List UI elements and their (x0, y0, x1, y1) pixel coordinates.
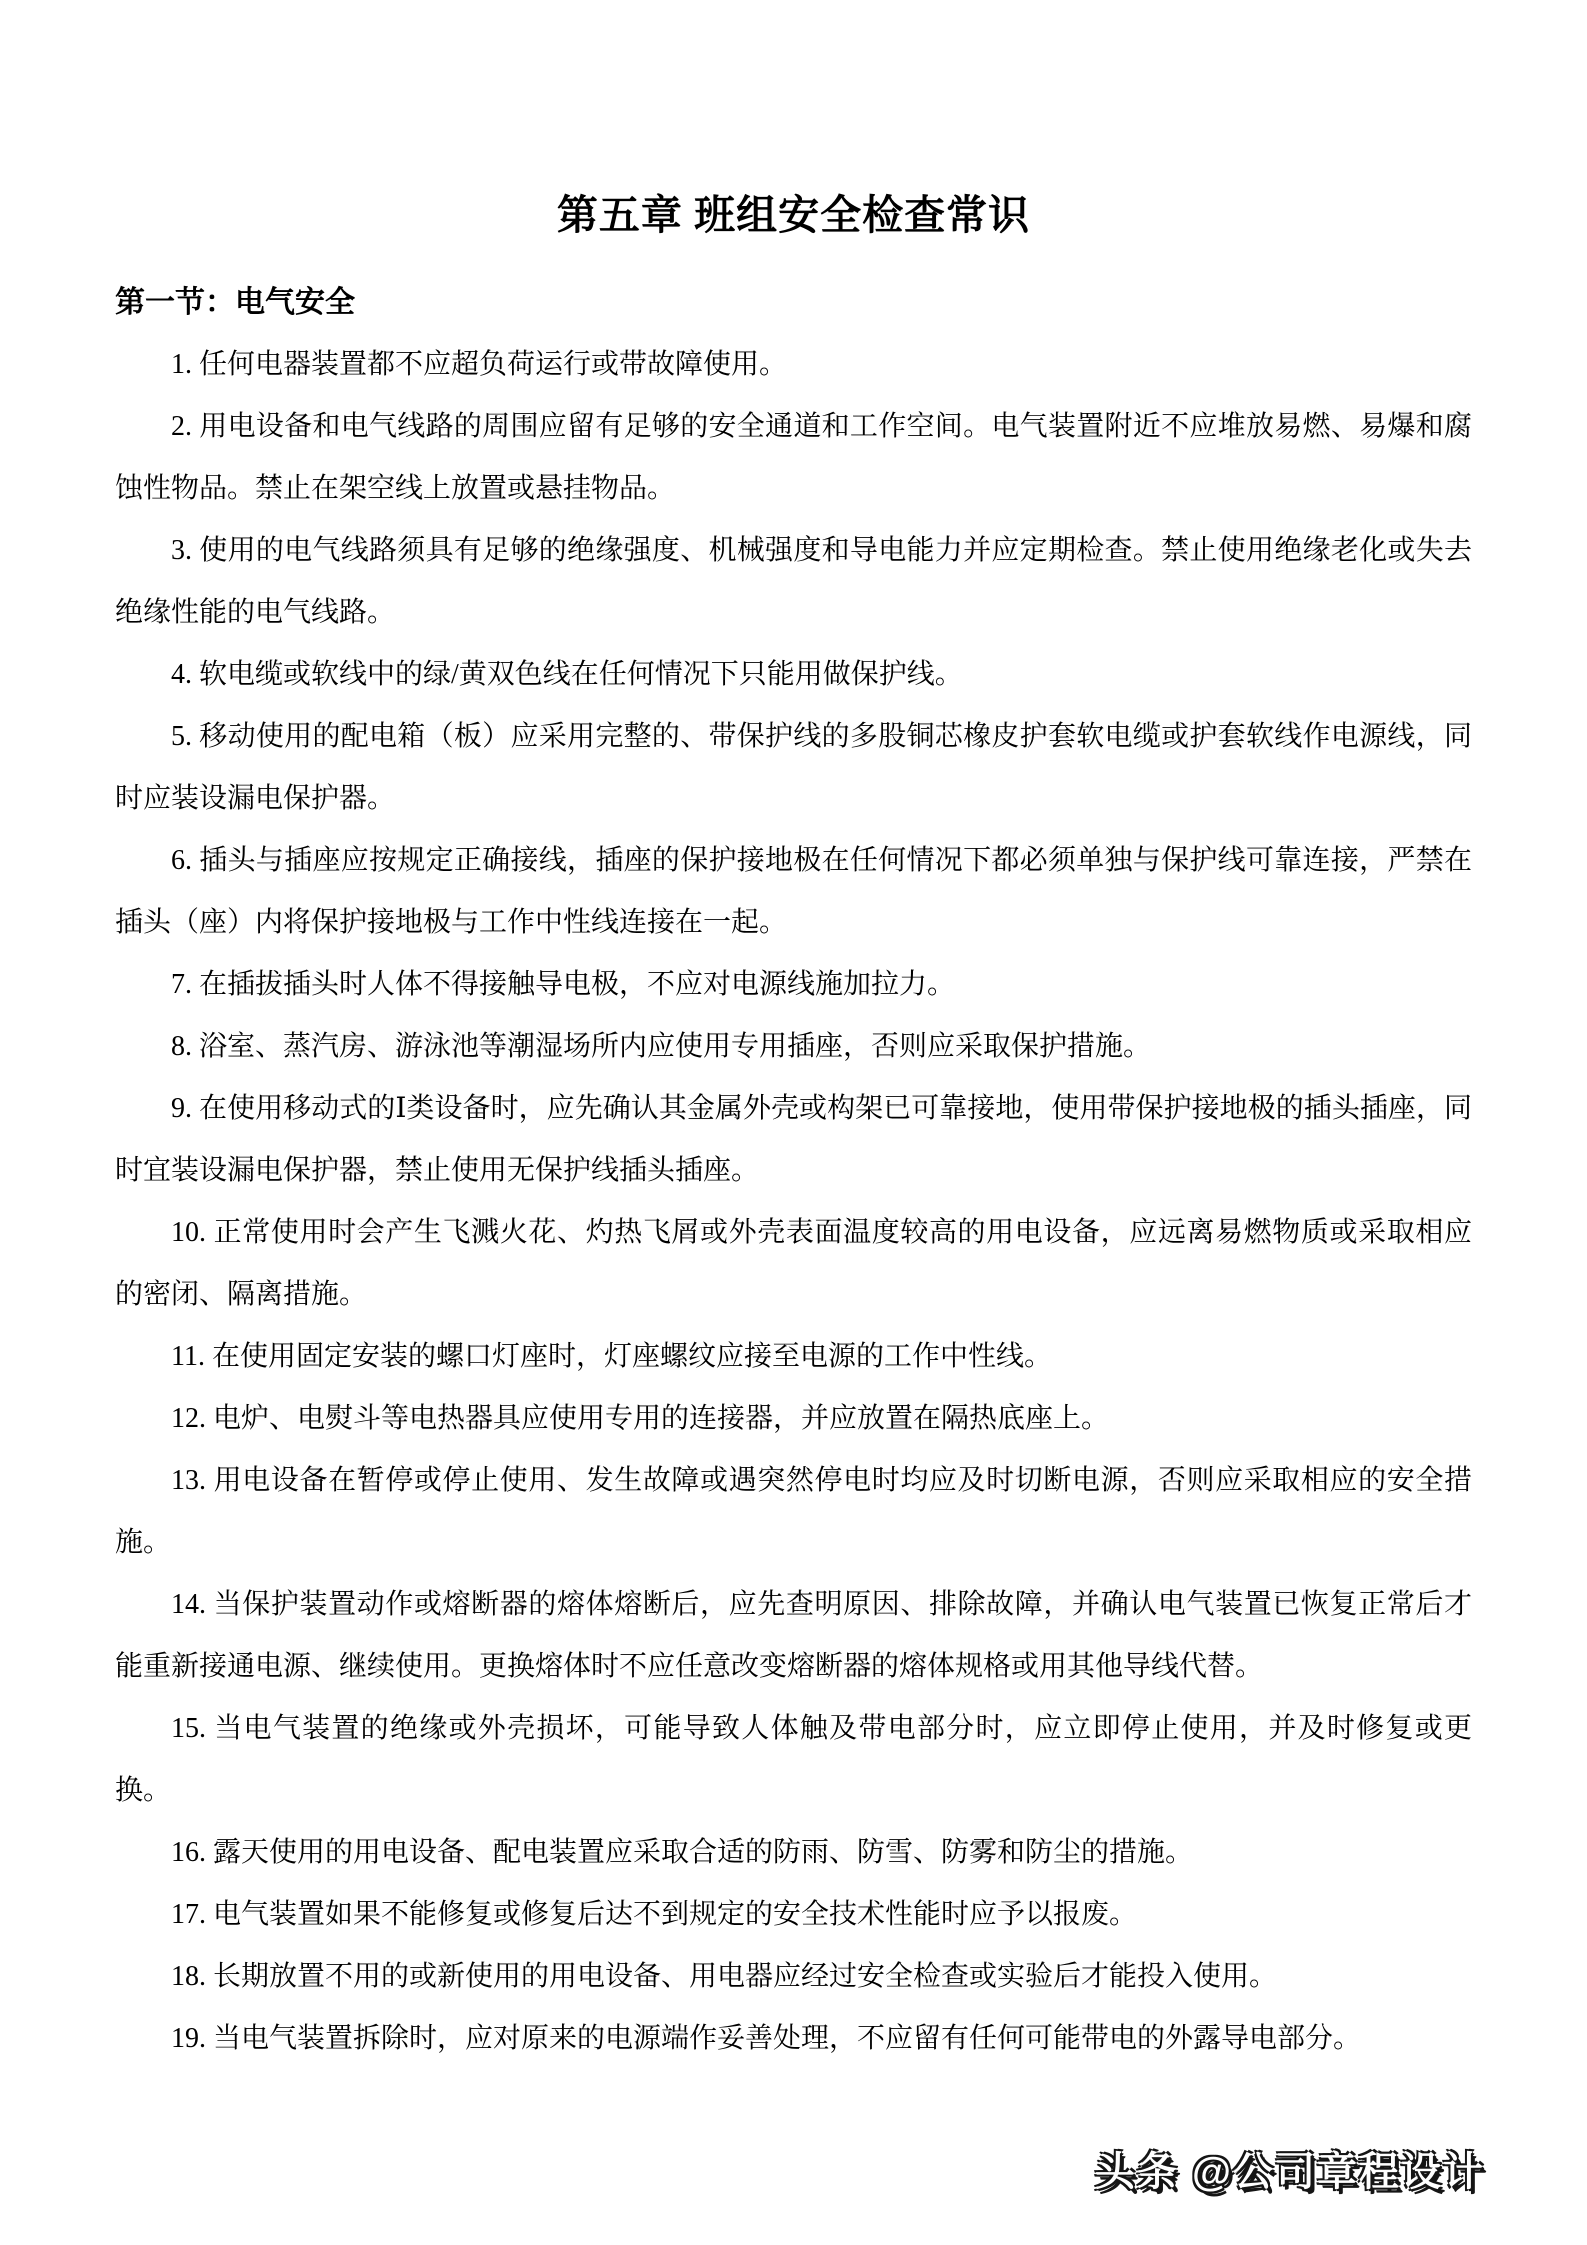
safety-item-4: 4. 软电缆或软线中的绿/黄双色线在任何情况下只能用做保护线。 (115, 644, 1472, 706)
safety-item-5: 5. 移动使用的配电箱（板）应采用完整的、带保护线的多股铜芯橡皮护套软电缆或护套… (115, 706, 1472, 830)
safety-item-6: 6. 插头与插座应按规定正确接线，插座的保护接地极在任何情况下都必须单独与保护线… (115, 830, 1472, 954)
safety-item-3: 3. 使用的电气线路须具有足够的绝缘强度、机械强度和导电能力并应定期检查。禁止使… (115, 520, 1472, 644)
safety-item-12: 12. 电炉、电熨斗等电热器具应使用专用的连接器，并应放置在隔热底座上。 (115, 1388, 1472, 1450)
safety-item-15: 15. 当电气装置的绝缘或外壳损坏，可能导致人体触及带电部分时，应立即停止使用，… (115, 1698, 1472, 1822)
safety-item-13: 13. 用电设备在暂停或停止使用、发生故障或遇突然停电时均应及时切断电源，否则应… (115, 1450, 1472, 1574)
safety-items-list: 1. 任何电器装置都不应超负荷运行或带故障使用。 2. 用电设备和电气线路的周围… (115, 334, 1472, 2070)
safety-item-2: 2. 用电设备和电气线路的周围应留有足够的安全通道和工作空间。电气装置附近不应堆… (115, 396, 1472, 520)
safety-item-10: 10. 正常使用时会产生飞溅火花、灼热飞屑或外壳表面温度较高的用电设备，应远离易… (115, 1202, 1472, 1326)
safety-item-11: 11. 在使用固定安装的螺口灯座时，灯座螺纹应接至电源的工作中性线。 (115, 1326, 1472, 1388)
safety-item-1: 1. 任何电器装置都不应超负荷运行或带故障使用。 (115, 334, 1472, 396)
safety-item-16: 16. 露天使用的用电设备、配电装置应采取合适的防雨、防雪、防雾和防尘的措施。 (115, 1822, 1472, 1884)
safety-item-19: 19. 当电气装置拆除时，应对原来的电源端作妥善处理，不应留有任何可能带电的外露… (115, 2008, 1472, 2070)
safety-item-14: 14. 当保护装置动作或熔断器的熔体熔断后，应先查明原因、排除故障，并确认电气装… (115, 1574, 1472, 1698)
safety-item-8: 8. 浴室、蒸汽房、游泳池等潮湿场所内应使用专用插座，否则应采取保护措施。 (115, 1016, 1472, 1078)
section-heading: 第一节：电气安全 (115, 284, 1472, 322)
watermark: 头条 @公司章程设计 (1095, 2148, 1485, 2196)
document-page: 第五章 班组安全检查常识 第一节：电气安全 1. 任何电器装置都不应超负荷运行或… (0, 0, 1587, 2245)
safety-item-17: 17. 电气装置如果不能修复或修复后达不到规定的安全技术性能时应予以报废。 (115, 1884, 1472, 1946)
safety-item-18: 18. 长期放置不用的或新使用的用电设备、用电器应经过安全检查或实验后才能投入使… (115, 1946, 1472, 2008)
chapter-title: 第五章 班组安全检查常识 (115, 190, 1472, 240)
safety-item-7: 7. 在插拔插头时人体不得接触导电极，不应对电源线施加拉力。 (115, 954, 1472, 1016)
safety-item-9: 9. 在使用移动式的Ⅰ类设备时，应先确认其金属外壳或构架已可靠接地，使用带保护接… (115, 1078, 1472, 1202)
